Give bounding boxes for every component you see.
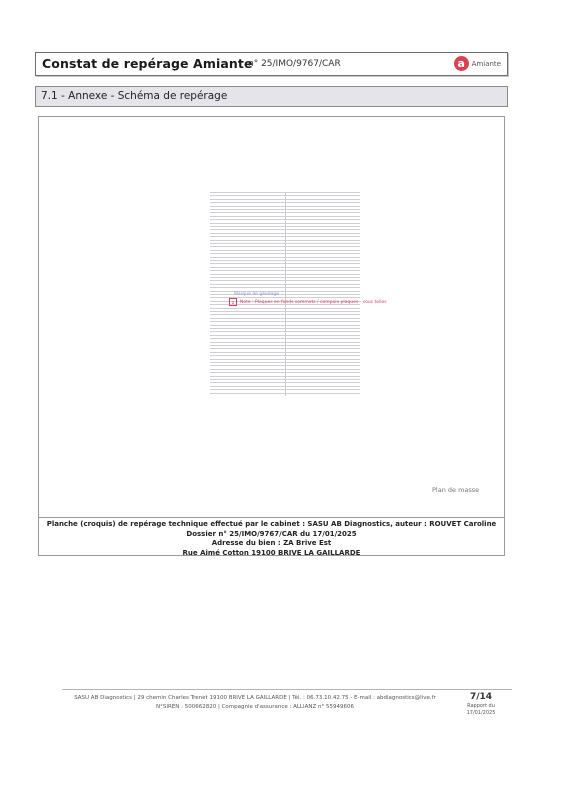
plan-rule-line <box>210 348 360 349</box>
plan-rule-line <box>210 274 360 275</box>
asbestos-marker-icon: a <box>229 298 237 306</box>
plan-rule-line <box>210 280 360 281</box>
caption-line-dossier: Dossier n° 25/IMO/9767/CAR du 17/01/2025 <box>39 530 504 540</box>
plan-rule-line <box>210 389 360 390</box>
plan-rule-line <box>210 236 360 237</box>
caption-line-address: Adresse du bien : ZA Brive Est <box>39 539 504 549</box>
plan-rule-line <box>210 382 360 383</box>
plan-rule-line <box>210 338 360 339</box>
plan-rule-line <box>210 209 360 210</box>
plan-rule-line <box>210 250 360 251</box>
plan-rule-line <box>210 206 360 207</box>
plan-rule-line <box>210 291 360 292</box>
plan-rule-line <box>210 328 360 329</box>
plan-rule-line <box>210 287 360 288</box>
amiante-logo-text: Amiante <box>472 60 501 68</box>
caption-line-author: Planche (croquis) de repérage technique … <box>39 520 504 530</box>
plan-rule-line <box>210 342 360 343</box>
plan-rule-line <box>210 223 360 224</box>
plan-legend-text: Note : Plaques en fonds sommets / compai… <box>240 300 387 305</box>
plan-rule-line <box>210 321 360 322</box>
plan-rule-line <box>210 229 360 230</box>
plan-rule-line <box>210 331 360 332</box>
plan-rule-line <box>210 240 360 241</box>
floor-plan-sketch <box>210 192 360 396</box>
sketch-frame: Marque de géodage a Note : Plaques en fo… <box>38 116 505 556</box>
amiante-logo-icon: a <box>454 56 469 71</box>
plan-rule-line <box>210 263 360 264</box>
plan-rule-line <box>210 365 360 366</box>
plan-rule-line <box>210 226 360 227</box>
footer-divider <box>62 689 512 690</box>
report-date: 17/01/2025 <box>452 710 510 717</box>
plan-rule-line <box>210 267 360 268</box>
plan-rule-line <box>210 325 360 326</box>
plan-rule-line <box>210 257 360 258</box>
plan-rule-line <box>210 318 360 319</box>
plan-rule-line <box>210 246 360 247</box>
plan-label: Plan de masse <box>432 486 479 494</box>
caption-line-street: Rue Aimé Cotton 19100 BRIVE LA GAILLARDE <box>39 549 504 559</box>
plan-rule-line <box>210 202 360 203</box>
plan-legend: a Note : Plaques en fonds sommets / comp… <box>229 298 387 306</box>
plan-rule-line <box>210 345 360 346</box>
document-title: Constat de repérage Amiante <box>42 56 253 71</box>
plan-rule-line <box>210 270 360 271</box>
plan-rule-line <box>210 352 360 353</box>
plan-rule-line <box>210 335 360 336</box>
page-info: 7/14 Rapport du 17/01/2025 <box>452 692 510 717</box>
plan-rule-line <box>210 260 360 261</box>
plan-rule-line <box>210 379 360 380</box>
plan-rule-line <box>210 219 360 220</box>
plan-rule-line <box>210 192 360 193</box>
footer-company-info: SASU AB Diagnostics | 29 chemin Charles … <box>60 694 450 712</box>
plan-subtitle: Marque de géodage <box>234 292 279 297</box>
plan-rule-line <box>210 359 360 360</box>
plan-rule-line <box>210 311 360 312</box>
footer-address-line: SASU AB Diagnostics | 29 chemin Charles … <box>60 694 450 703</box>
plan-rule-line <box>210 355 360 356</box>
plan-rule-line <box>210 212 360 213</box>
plan-rule-line <box>210 199 360 200</box>
report-reference: n° 25/IMO/9767/CAR <box>248 59 341 69</box>
plan-rule-line <box>210 277 360 278</box>
amiante-logo: a Amiante <box>454 56 501 71</box>
plan-rule-line <box>210 243 360 244</box>
plan-rule-line <box>210 284 360 285</box>
footer-siren-line: N°SIREN : 500662820 | Compagnie d'assura… <box>60 703 450 712</box>
plan-rule-line <box>210 308 360 309</box>
report-label: Rapport du <box>452 703 510 710</box>
plan-note: ... <box>235 307 239 312</box>
document-header: Constat de repérage Amiante n° 25/IMO/97… <box>35 52 508 76</box>
page-number: 7/14 <box>452 692 510 703</box>
plan-rule-line <box>210 362 360 363</box>
plan-rule-line <box>210 386 360 387</box>
plan-rule-line <box>210 294 360 295</box>
plan-rule-line <box>210 314 360 315</box>
caption-divider <box>39 517 504 518</box>
plan-rule-line <box>210 372 360 373</box>
plan-rule-line <box>210 393 360 394</box>
plan-rule-line <box>210 195 360 196</box>
section-title: 7.1 - Annexe - Schéma de repérage <box>41 90 227 102</box>
plan-rule-line <box>210 376 360 377</box>
plan-rule-line <box>210 369 360 370</box>
plan-rule-line <box>210 233 360 234</box>
plan-rule-line <box>210 216 360 217</box>
sketch-caption: Planche (croquis) de repérage technique … <box>39 520 504 558</box>
plan-rule-line <box>210 253 360 254</box>
section-header: 7.1 - Annexe - Schéma de repérage <box>35 86 508 107</box>
